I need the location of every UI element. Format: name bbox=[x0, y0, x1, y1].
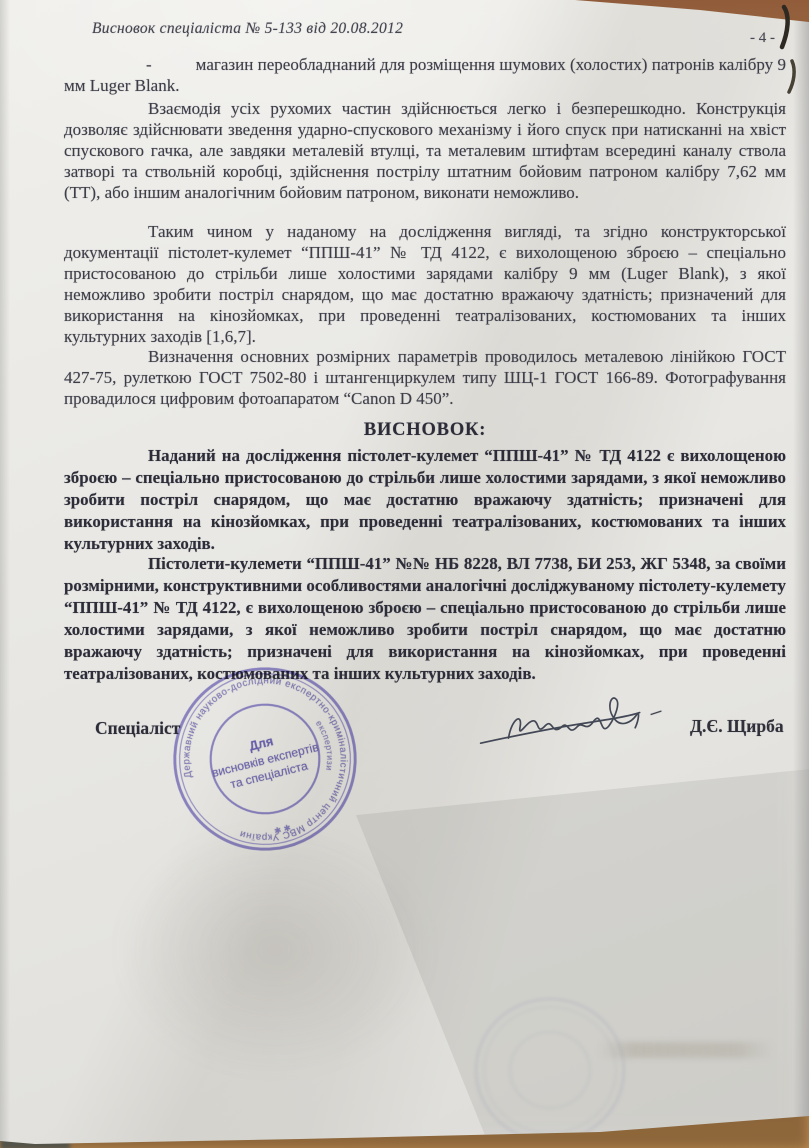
bleed-through-text bbox=[598, 1042, 773, 1058]
list-dash: - bbox=[146, 55, 152, 74]
page-number: - 4 - bbox=[750, 30, 775, 47]
conclusion-heading: ВИСНОВОК: bbox=[64, 420, 786, 441]
paragraph-mechanism-interaction: Взаємодія усіх рухомих частин здійснюєть… bbox=[64, 98, 786, 203]
specialist-name: Д.Є. Щирба bbox=[690, 716, 784, 737]
stamp-center-text: Для висновків експертів та спеціаліста bbox=[206, 724, 323, 795]
list-item-magazine: -магазин переобладнаний для розміщення ш… bbox=[64, 54, 786, 96]
paper-edge-shadow-right bbox=[793, 0, 809, 1148]
conclusion-paragraph-1: Наданий на дослідження пістолет-кулемет … bbox=[64, 445, 786, 555]
photo-of-document: Висновок спеціаліста № 5-133 від 20.08.2… bbox=[0, 0, 809, 1148]
paragraph-thus-deactivated-weapon: Таким чином у наданому на дослідження ви… bbox=[64, 221, 786, 347]
bleed-through-stamp bbox=[470, 995, 630, 1145]
paper-edge-shadow-left bbox=[0, 0, 10, 1148]
document-page: Висновок спеціаліста № 5-133 від 20.08.2… bbox=[0, 0, 809, 1148]
document-reference-header: Висновок спеціаліста № 5-133 від 20.08.2… bbox=[92, 20, 403, 38]
staple-marks bbox=[776, 4, 806, 96]
conclusion-paragraph-2: Пістолети-кулемети “ППШ-41” №№ НБ 8228, … bbox=[64, 553, 786, 686]
paragraph-measurement-tools: Визначення основних розмірних параметрів… bbox=[64, 346, 786, 409]
list-item-text: магазин переобладнаний для розміщення шу… bbox=[64, 55, 786, 95]
handwritten-signature bbox=[477, 685, 664, 761]
